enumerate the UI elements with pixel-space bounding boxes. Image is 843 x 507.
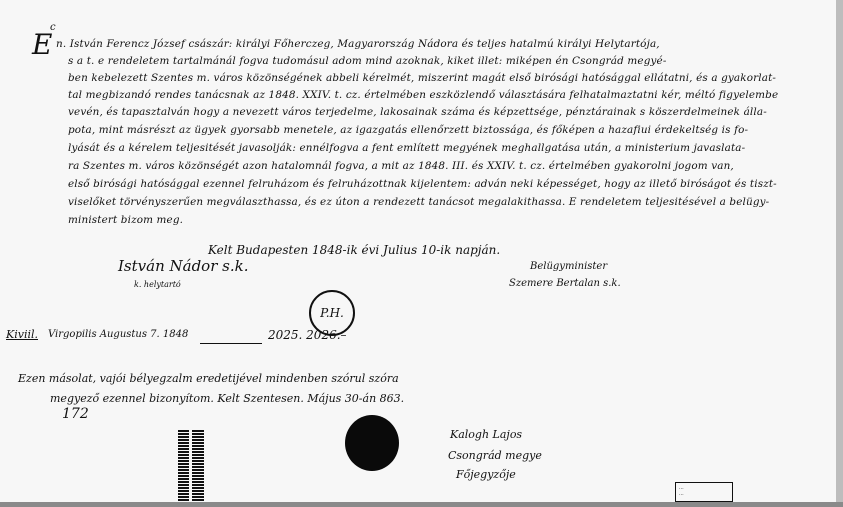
registry-text: Virgopilis Augustus 7. 1848 [48,329,188,340]
scan-edge-bottom [0,502,843,507]
certification-line: megyező ezennel bizonyítom. Kelt Szentes… [50,392,404,405]
seal-text: P.H. [320,306,344,320]
registry-numbers: 2025. 2026.– [268,328,347,342]
minister-title: Belügyminister [530,261,607,272]
registry-rule [200,343,262,344]
wax-seal [345,415,399,471]
registry-label: Kiviil. [6,328,38,341]
page-number: 172 [62,406,89,422]
scan-edge-right [836,0,843,507]
body-line: ben kebelezett Szentes m. város közönség… [68,72,776,84]
body-line: első birósági hatósággal ezennel felruhá… [68,178,777,190]
body-line: s a t. e rendeletem tartalmánál fogva tu… [68,55,667,67]
certifier-title: Csongrád megye [448,449,542,462]
body-line: n. István Ferencz József császár: király… [56,38,660,50]
body-line: vevén, és tapasztalván hogy a nevezett v… [68,106,767,118]
archive-stamp-box: ... ... [675,482,733,502]
certification-line: Ezen másolat, vajói bélyegzalm eredetijé… [18,372,399,385]
body-line: pota, mint másrészt az ügyek gyorsabb me… [68,124,748,136]
body-line: ra Szentes m. város közönségét azon hata… [68,160,734,172]
document-page: E c n. István Ferencz József császár: ki… [0,0,836,502]
body-line: tal megbizandó rendes tanácsnak az 1848.… [68,89,778,101]
certifier-title: Főjegyzője [456,468,516,481]
barcode-stamp [178,430,204,502]
certifier-signature: Kalogh Lajos [450,428,522,441]
dated-line: Kelt Budapesten 1848-ik évi Julius 10-ik… [208,243,500,257]
minister-signature: Szemere Bertalan s.k. [509,278,621,289]
palatine-signature: István Nádor s.k. [118,257,248,275]
initial-superscript: c [50,22,56,33]
body-line: viselőket törvényszerűen megválaszthassa… [68,196,769,208]
body-line: lyását és a kérelem teljesitését javasol… [68,142,745,154]
body-line: ministert bizom meg. [68,214,183,226]
stamp-line: ... [679,491,729,497]
palatine-title: k. helytartó [134,280,181,289]
